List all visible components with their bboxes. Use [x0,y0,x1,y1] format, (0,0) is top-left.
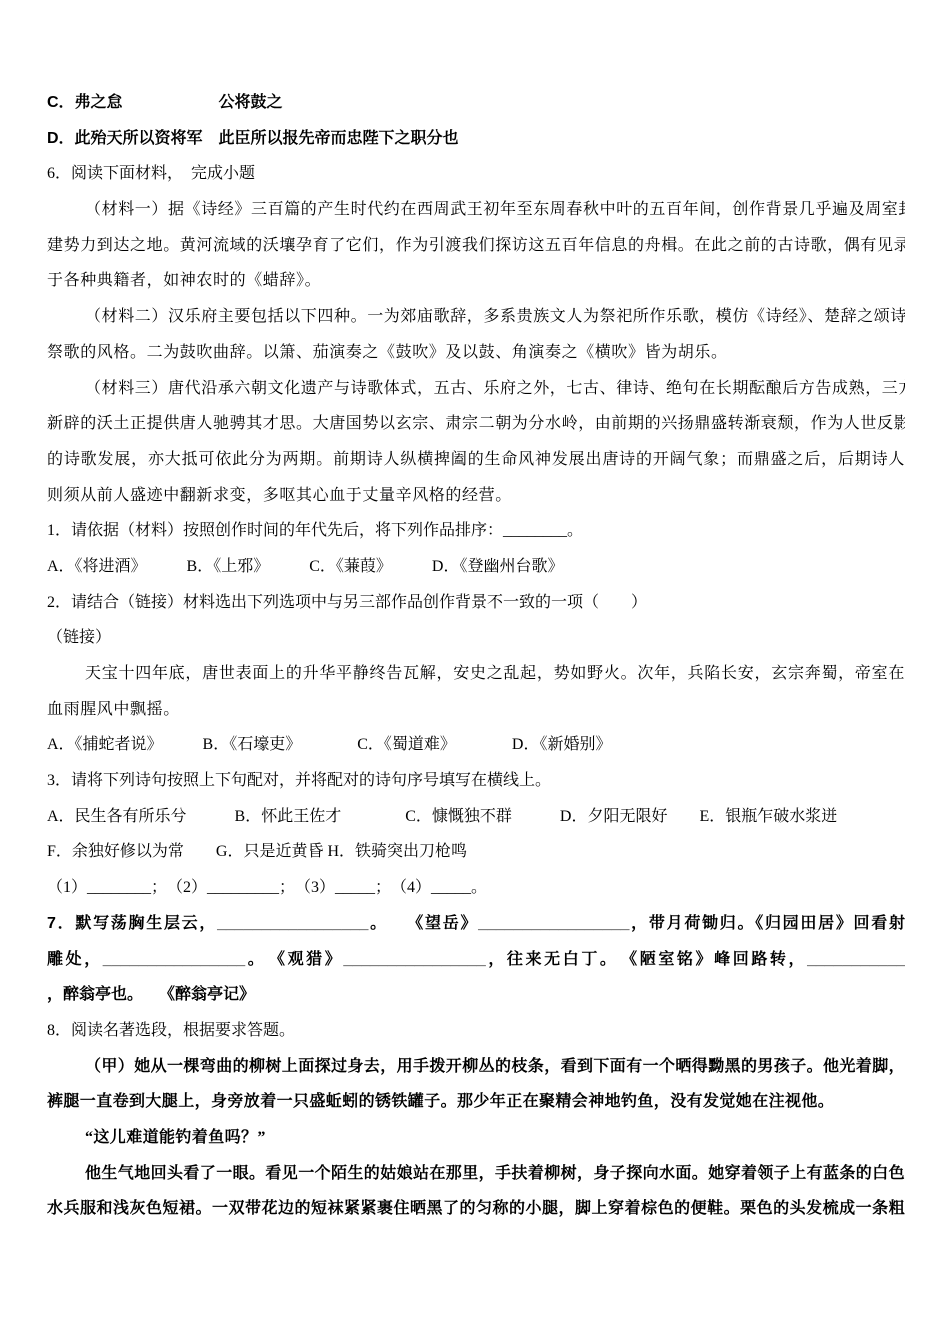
excerpt-jia-paragraph-2-line-2: 水兵服和浅灰色短裙。一双带花边的短袜紧紧裹住晒黑了的匀称的小腿，脚上穿着棕色的便… [47,1191,905,1227]
material-3-paragraph-line-3: 的诗歌发展，亦大抵可依此分为两期。前期诗人纵横捭阖的生命风神发展出唐诗的开阔气象… [47,442,905,478]
exam-document-content: C．弗之怠 公将鼓之D．此殆天所以资将军 此臣所以报先帝而忠陛下之职分也6．阅读… [47,85,905,1227]
material-3-paragraph-line-2: 新辟的沃土正提供唐人驰骋其才思。大唐国势以玄宗、肃宗二朝为分水岭，由前期的兴扬鼎… [47,406,905,442]
choice-d-row-line-1: D．此殆天所以资将军 此臣所以报先帝而忠陛下之职分也 [47,121,905,157]
sub-question-3-blanks: （1）________； （2）_________； （3）_____； （4）… [47,870,905,906]
question-7-dictation-line-3: ，醉翁亭也。 《醉翁亭记》 [47,977,905,1013]
question-7-dictation: 7．默写荡胸生层云，_________________。 《望岳》_______… [47,906,905,1013]
material-3-paragraph-line-4: 则须从前人盛迹中翻新求变，多呕其心血于丈量辛风格的经营。 [47,478,905,514]
material-1-paragraph-line-3: 于各种典籍者，如神农时的《蜡辞》。 [47,263,905,299]
material-1-paragraph: （材料一）据《诗经》三百篇的产生时代约在西周武王初年至东周春秋中叶的五百年间，创… [47,192,905,299]
sub-question-2: 2．请结合（链接）材料选出下列选项中与另三部作品创作背景不一致的一项（ ） [47,585,905,621]
question-7-dictation-line-1: 7．默写荡胸生层云，_________________。 《望岳》_______… [47,906,905,942]
excerpt-jia-paragraph-1: （甲）她从一棵弯曲的柳树上面探过身去，用手拨开柳丛的枝条，看到下面有一个晒得黝黑… [47,1049,905,1120]
link-paragraph-line-1: 天宝十四年底，唐世表面上的升华平静终告瓦解，安史之乱起，势如野火。次年，兵陷长安… [47,656,905,692]
material-3-paragraph: （材料三）唐代沿承六朝文化遗产与诗歌体式，五古、乐府之外，七古、律诗、绝句在长期… [47,371,905,514]
sub-question-3-options-row-1-line-1: A．民生各有所乐兮 B．怀此王佐才 C．慷慨独不群 D．夕阳无限好 E．银瓶乍破… [47,799,905,835]
sub-question-1-options: A．《将进酒》 B．《上邪》 C．《蒹葭》 D．《登幽州台歌》 [47,549,905,585]
material-1-paragraph-line-1: （材料一）据《诗经》三百篇的产生时代约在西周武王初年至东周春秋中叶的五百年间，创… [47,192,905,228]
sub-question-2-options-line-1: A．《捕蛇者说》 B．《石壕吏》 C．《蜀道难》 D．《新婚别》 [47,727,905,763]
sub-question-1-options-line-1: A．《将进酒》 B．《上邪》 C．《蒹葭》 D．《登幽州台歌》 [47,549,905,585]
question-7-dictation-line-2: 雕处，________________。 《观猎》_______________… [47,942,905,978]
material-2-paragraph-line-2: 祭歌的风格。二为鼓吹曲辞。以箫、茄演奏之《鼓吹》及以鼓、角演奏之《横吹》皆为胡乐… [47,335,905,371]
choice-c-row-line-1: C．弗之怠 公将鼓之 [47,85,905,121]
sub-question-3-options-row-1: A．民生各有所乐兮 B．怀此王佐才 C．慷慨独不群 D．夕阳无限好 E．银瓶乍破… [47,799,905,835]
sub-question-3-line-1: 3．请将下列诗句按照上下句配对，并将配对的诗句序号填写在横线上。 [47,763,905,799]
material-1-paragraph-line-2: 建势力到达之地。黄河流域的沃壤孕育了它们，作为引渡我们探访这五百年信息的舟楫。在… [47,228,905,264]
sub-question-3-options-row-2-line-1: F．余独好修以为常 G．只是近黄昏 H．铁骑突出刀枪鸣 [47,834,905,870]
sub-question-3-options-row-2: F．余独好修以为常 G．只是近黄昏 H．铁骑突出刀枪鸣 [47,834,905,870]
choice-d-row: D．此殆天所以资将军 此臣所以报先帝而忠陛下之职分也 [47,121,905,157]
link-paragraph-line-2: 血雨腥风中飘摇。 [47,692,905,728]
question-6-stem-line-1: 6．阅读下面材料， 完成小题 [47,156,905,192]
material-2-paragraph: （材料二）汉乐府主要包括以下四种。一为郊庙歌辞，多系贵族文人为祭祀所作乐歌，模仿… [47,299,905,370]
question-8-stem-line-1: 8．阅读名著选段，根据要求答题。 [47,1013,905,1049]
link-paragraph: 天宝十四年底，唐世表面上的升华平静终告瓦解，安史之乱起，势如野火。次年，兵陷长安… [47,656,905,727]
excerpt-jia-quote-line-1: “这儿难道能钓着鱼吗？” [47,1120,905,1156]
sub-question-3-blanks-line-1: （1）________； （2）_________； （3）_____； （4）… [47,870,905,906]
excerpt-jia-quote: “这儿难道能钓着鱼吗？” [47,1120,905,1156]
excerpt-jia-paragraph-2: 他生气地回头看了一眼。看见一个陌生的姑娘站在那里，手扶着柳树，身子探向水面。她穿… [47,1156,905,1227]
sub-question-1-line-1: 1．请依据（材料）按照创作时间的年代先后，将下列作品排序：________。 [47,513,905,549]
exam-page: C．弗之怠 公将鼓之D．此殆天所以资将军 此臣所以报先帝而忠陛下之职分也6．阅读… [0,0,950,1344]
link-label: （链接） [47,620,905,656]
choice-c-row: C．弗之怠 公将鼓之 [47,85,905,121]
sub-question-1: 1．请依据（材料）按照创作时间的年代先后，将下列作品排序：________。 [47,513,905,549]
excerpt-jia-paragraph-2-line-1: 他生气地回头看了一眼。看见一个陌生的姑娘站在那里，手扶着柳树，身子探向水面。她穿… [47,1156,905,1192]
material-3-paragraph-line-1: （材料三）唐代沿承六朝文化遗产与诗歌体式，五古、乐府之外，七古、律诗、绝句在长期… [47,371,905,407]
question-6-stem: 6．阅读下面材料， 完成小题 [47,156,905,192]
question-8-stem: 8．阅读名著选段，根据要求答题。 [47,1013,905,1049]
link-label-line-1: （链接） [47,620,905,656]
sub-question-2-options: A．《捕蛇者说》 B．《石壕吏》 C．《蜀道难》 D．《新婚别》 [47,727,905,763]
material-2-paragraph-line-1: （材料二）汉乐府主要包括以下四种。一为郊庙歌辞，多系贵族文人为祭祀所作乐歌，模仿… [47,299,905,335]
sub-question-3: 3．请将下列诗句按照上下句配对，并将配对的诗句序号填写在横线上。 [47,763,905,799]
excerpt-jia-paragraph-1-line-1: （甲）她从一棵弯曲的柳树上面探过身去，用手拨开柳丛的枝条，看到下面有一个晒得黝黑… [47,1049,905,1085]
excerpt-jia-paragraph-1-line-2: 裤腿一直卷到大腿上，身旁放着一只盛蚯蚓的锈铁罐子。那少年正在聚精会神地钓鱼，没有… [47,1084,905,1120]
sub-question-2-line-1: 2．请结合（链接）材料选出下列选项中与另三部作品创作背景不一致的一项（ ） [47,585,905,621]
